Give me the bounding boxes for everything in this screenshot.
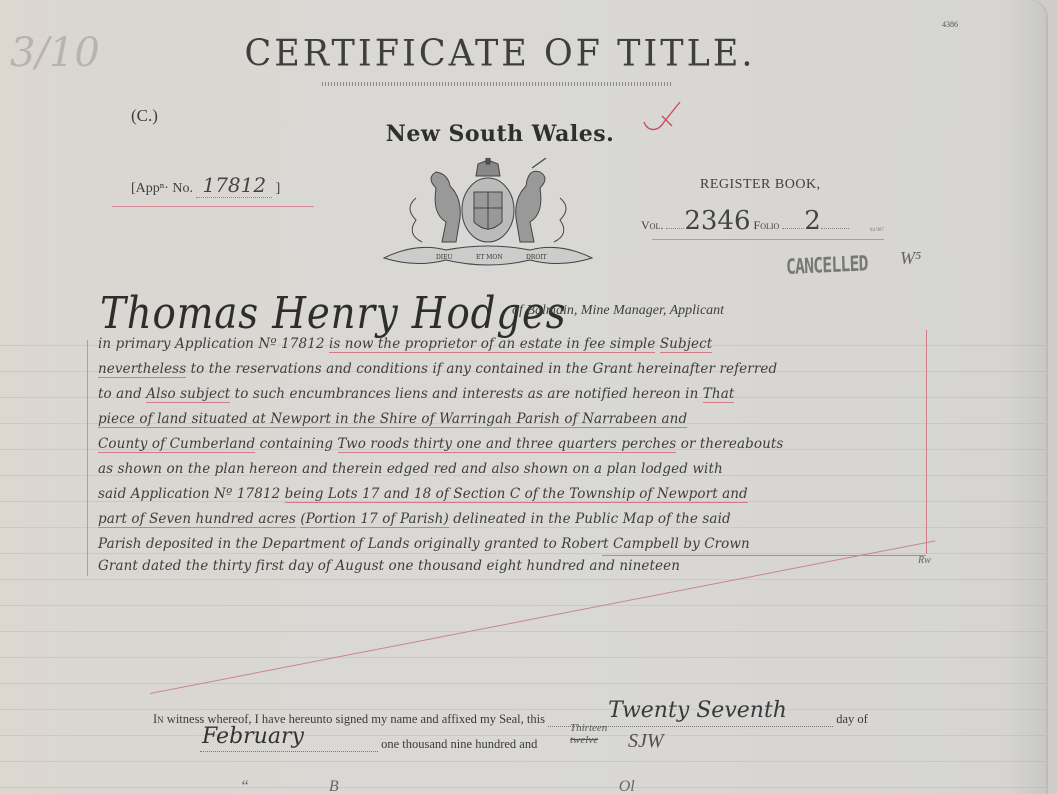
serial-number: 4386	[942, 20, 958, 29]
form-code: 84 907	[870, 228, 884, 233]
title-ornament-rule	[322, 82, 672, 86]
correction-initials: SJW	[628, 730, 664, 753]
application-number-field: [Appⁿ· No. 17812 ]	[131, 173, 280, 197]
box-initials: Rw	[918, 555, 931, 566]
volume-label: Vol.	[641, 218, 663, 232]
register-divider	[652, 239, 884, 240]
month-field: February	[200, 737, 378, 752]
year-struck: twelve	[570, 734, 607, 746]
svg-text:ET MON: ET MON	[476, 254, 503, 261]
volume-number: 2346	[684, 206, 750, 236]
text-box-right-rule	[926, 330, 927, 554]
application-close: ]	[276, 181, 281, 196]
svg-text:DROIT: DROIT	[526, 254, 547, 261]
text-box-bottom-rule	[602, 555, 926, 556]
year-correction: Thirteen twelve	[570, 722, 607, 746]
volume-folio-field: Vol. 2346 Folio 2	[641, 206, 881, 236]
application-divider	[112, 206, 314, 207]
body-line-9: Parish deposited in the Department of La…	[98, 536, 750, 552]
folio-number: 2	[804, 206, 821, 236]
body-line-1: in primary Application Nº 17812 is now t…	[98, 336, 712, 352]
folio-label: Folio	[754, 218, 780, 232]
margin-red-rule	[87, 340, 88, 576]
application-label: [Appⁿ· No.	[131, 181, 193, 196]
body-line-4: piece of land situated at Newport in the…	[98, 411, 687, 427]
proprietor-name: Thomas Henry Hodges	[100, 288, 567, 339]
form-mark: (C.)	[131, 106, 158, 126]
cancelled-initials: W⁵	[900, 248, 921, 269]
month-year-row: February one thousand nine hundred and	[200, 737, 537, 752]
bottom-handwriting: “BOl	[240, 778, 715, 794]
body-line-6: as shown on the plan hereon and therein …	[98, 461, 723, 477]
day-value: Twenty Seventh	[608, 698, 787, 723]
body-line-5: County of Cumberland containing Two rood…	[98, 436, 783, 452]
body-line-8: part of Seven hundred acres (Portion 17 …	[98, 511, 731, 527]
coat-of-arms-icon: DIEU ET MON DROIT	[376, 158, 600, 270]
state-heading: New South Wales.	[380, 121, 620, 147]
proprietor-description: of Balmain, Mine Manager, Applicant	[512, 303, 724, 319]
margin-pencil-note: 3/10	[10, 30, 70, 120]
register-book-heading: REGISTER BOOK,	[700, 177, 821, 193]
body-line-3: to and Also subject to such encumbrances…	[98, 386, 734, 402]
body-line-10: Grant dated the thirty first day of Augu…	[98, 558, 680, 574]
red-check-mark-icon	[640, 100, 684, 136]
page-title: CERTIFICATE OF TITLE.	[170, 33, 830, 75]
cancelled-stamp: CANCELLED	[786, 251, 868, 279]
year-text: one thousand nine hundred and	[381, 737, 537, 751]
month-value: February	[202, 724, 304, 749]
year-corrected: Thirteen	[570, 722, 607, 734]
body-line-2: nevertheless to the reservations and con…	[98, 361, 777, 377]
svg-text:DIEU: DIEU	[436, 254, 453, 261]
body-line-7: said Application Nº 17812 being Lots 17 …	[98, 486, 748, 502]
application-number: 17812	[196, 173, 272, 198]
